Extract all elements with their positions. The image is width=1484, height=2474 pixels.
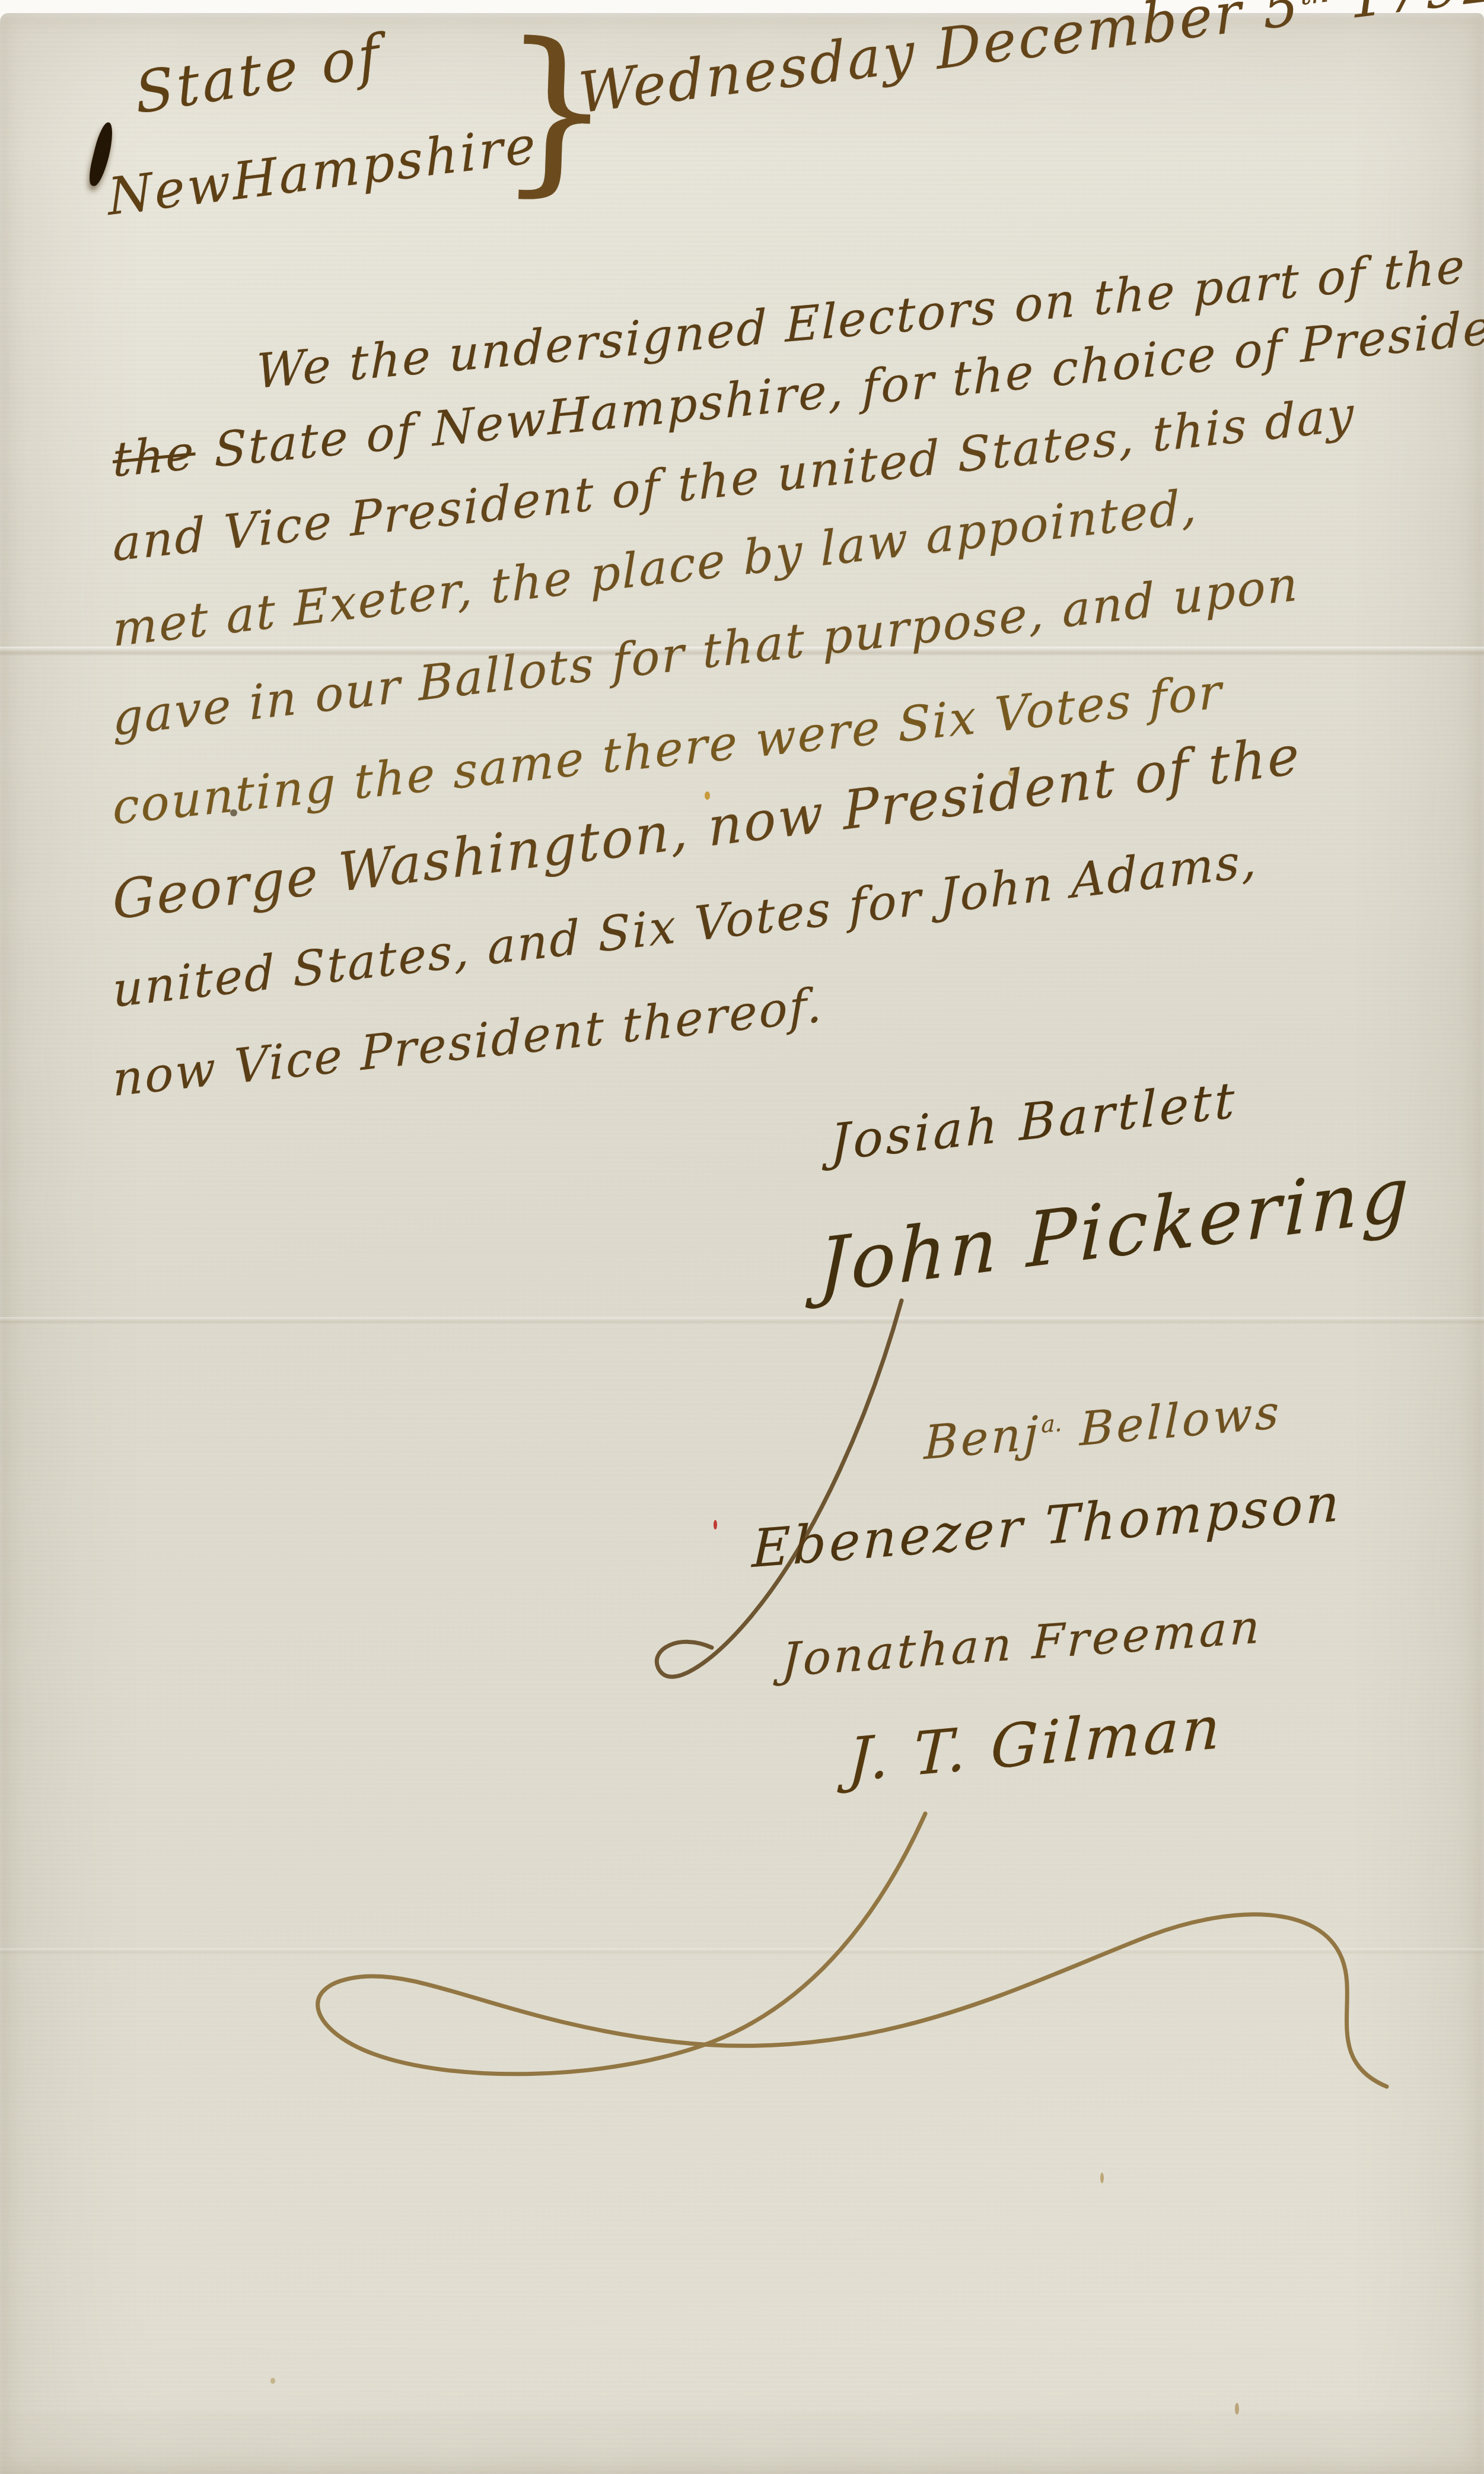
signature-jt-gilman: J. T. Gilman (847, 1697, 1224, 1790)
fold-crease-lower (0, 1948, 1484, 1954)
dateline-date: Wednesday December 5th 1792 (577, 0, 1484, 122)
dateline-place-line1: State of (133, 26, 384, 122)
signature-text: Ebenezer Thompson (751, 1471, 1343, 1579)
signature-text: Jonathan Freeman (781, 1600, 1263, 1687)
paper-speck (1235, 2403, 1239, 2415)
signature-josiah-bartlett: Josiah Bartlett (830, 1075, 1237, 1168)
signature-text: J. T. Gilman (847, 1692, 1224, 1795)
strikethrough-word: the (113, 424, 196, 488)
signature-superscript: a. (1041, 1410, 1062, 1438)
signature-text: Josiah Bartlett (830, 1071, 1237, 1172)
paper-speck (1100, 2173, 1104, 2183)
signature-text: John Pickering (818, 1149, 1413, 1310)
paper-speck (270, 2378, 275, 2384)
signature-john-pickering: John Pickering (818, 1156, 1412, 1305)
scan-background: State of NewHampshire } Wednesday Decemb… (0, 0, 1484, 2474)
document-paper: State of NewHampshire } Wednesday Decemb… (0, 13, 1484, 2474)
signature-jonathan-freeman: Jonathan Freeman (781, 1604, 1263, 1684)
signature-ebenezer-thompson: Ebenezer Thompson (751, 1476, 1343, 1575)
signature-benjamin-bellows: Benja. Bellows (923, 1389, 1282, 1467)
fold-crease-middle (0, 1317, 1484, 1324)
signature-flourish (225, 1805, 1441, 2113)
signature-text: Bellows (1062, 1385, 1282, 1458)
dateline-place-line2: NewHampshire (107, 119, 539, 223)
date-prefix: Wednesday December 5 (577, 0, 1303, 126)
date-year: 1792 (1328, 0, 1484, 34)
paper-speck (714, 1520, 717, 1529)
signature-text: Benj (923, 1407, 1042, 1471)
date-ordinal-suffix: th (1300, 0, 1330, 12)
